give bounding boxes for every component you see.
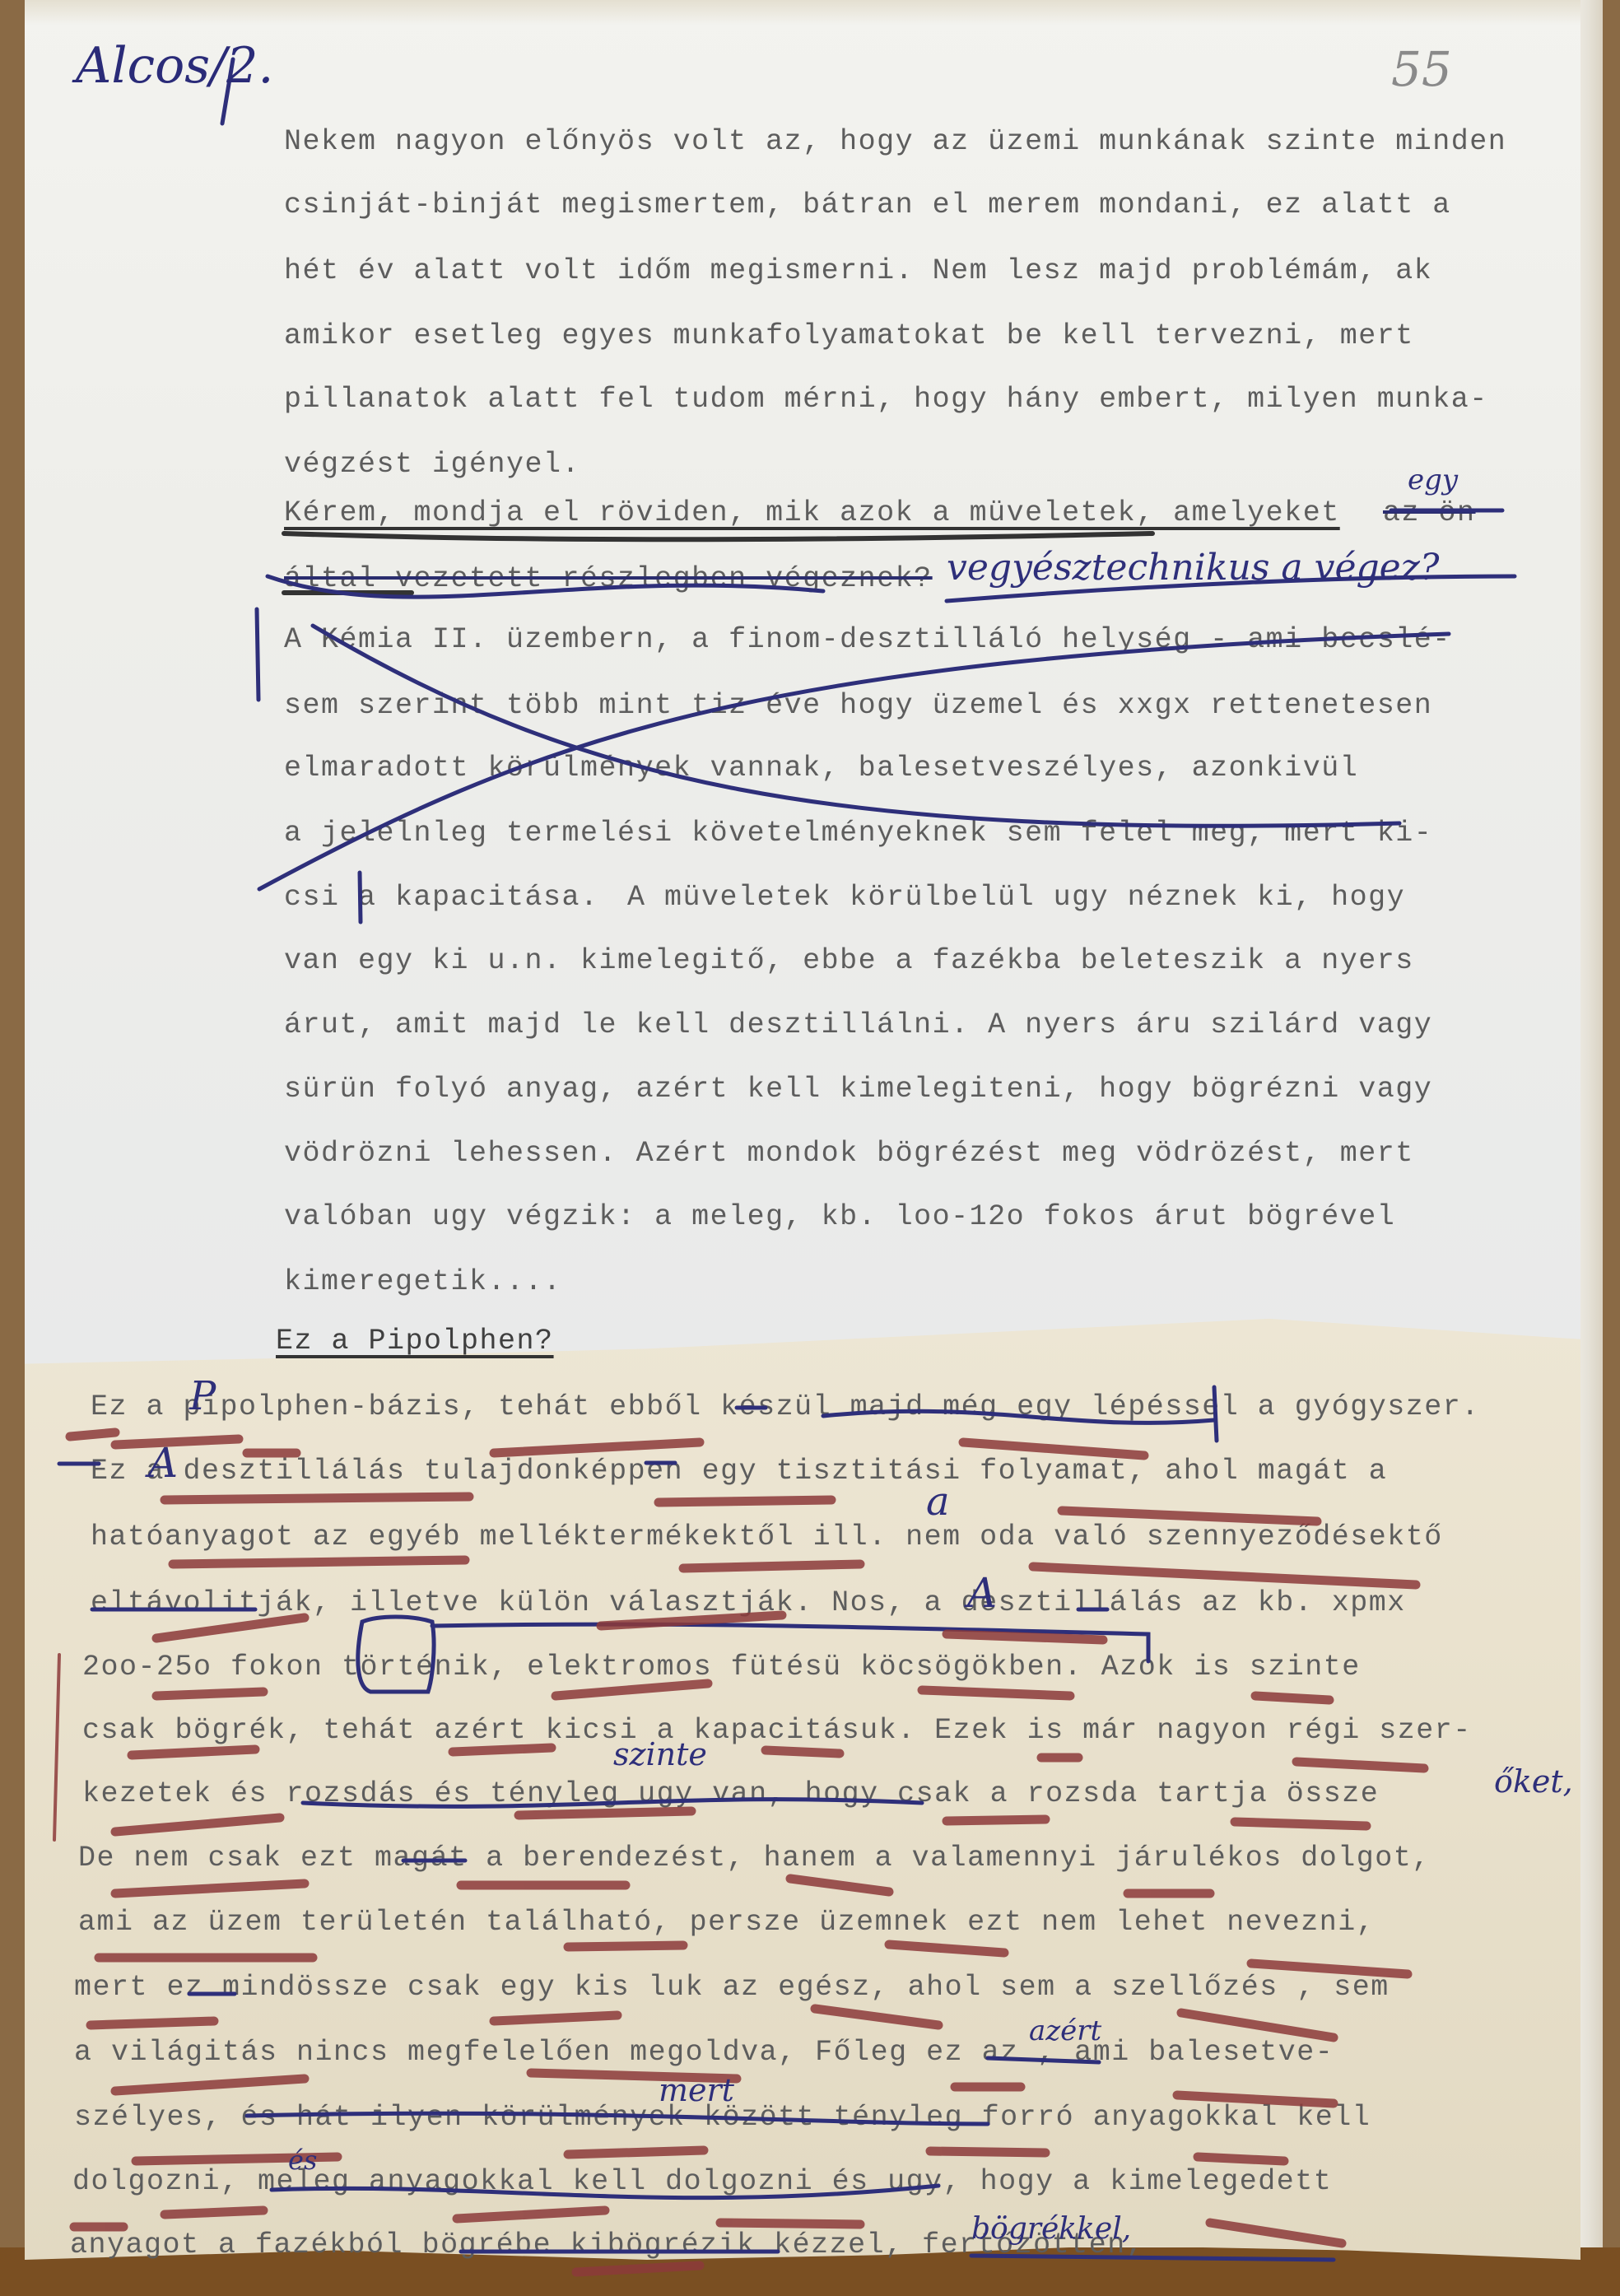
typed-line: a jelelnleg termelési követelményeknek s… <box>284 819 1432 848</box>
typed-line: a világitás nincs megfelelően megoldva, … <box>74 2038 1334 2067</box>
typed-line: hét év alatt volt időm megismerni. Nem l… <box>284 257 1432 286</box>
question-line: Kérem, mondja el röviden, mik azok a müv… <box>284 499 1340 528</box>
typed-line: sem szerint több mint tiz éve hogy üzeme… <box>284 692 1432 720</box>
typed-line: ami az üzem területén található, persze … <box>78 1908 1375 1937</box>
question-2: Ez a Pipolphen? <box>276 1327 554 1356</box>
typed-line: kezetek és rozsdás és tényleg ugy van, h… <box>82 1780 1379 1809</box>
typed-line: dolgozni, meleg anyagokkal kell dolgozni… <box>72 2168 1332 2196</box>
handwritten-insert: P <box>189 1376 216 1416</box>
typed-line: valóban ugy végzik: a meleg, kb. loo-12o… <box>284 1203 1395 1232</box>
handwritten-insert: és <box>288 2147 317 2173</box>
torn-top-edge <box>25 0 1580 25</box>
handwritten-insert: bögrékkel, <box>971 2214 1131 2244</box>
handwritten-insert: A <box>967 1572 997 1614</box>
typed-line: vödrözni lehessen. Azért mondok bögrézés… <box>284 1139 1414 1168</box>
typed-line: sürün folyó anyag, azért kell kimelegite… <box>284 1075 1432 1104</box>
typed-line: kimeregetik.... <box>284 1268 562 1297</box>
typed-line: 2oo-25o fokon történik, elektromos fütés… <box>82 1653 1361 1682</box>
page-number: 55 <box>1391 45 1452 93</box>
typed-line: pillanatok alatt fel tudom mérni, hogy h… <box>284 385 1488 414</box>
typed-line: A müveletek körülbelül ugy néznek ki, ho… <box>627 883 1405 912</box>
handwritten-insert: őket, <box>1494 1766 1573 1797</box>
typed-line: mert ez mindössze csak egy kis luk az eg… <box>74 1973 1390 2002</box>
handwritten-insert: azért <box>1029 2017 1101 2045</box>
struck-question-line: által vezetett részlegben végeznek? <box>284 565 933 594</box>
typed-line: Ez a pipolphen-bázis, tehát ebből készül… <box>91 1393 1480 1422</box>
handwritten-insert: mert <box>659 2075 734 2106</box>
typed-line: csak bögrék, tehát azért kicsi a kapacit… <box>82 1716 1472 1745</box>
typed-line: csi a kapacitása. <box>284 883 599 912</box>
typed-line: csinját-binját megismertem, bátran el me… <box>284 191 1451 220</box>
handwritten-insert: A <box>148 1442 178 1483</box>
typed-line: van egy ki u.n. kimelegitő, ebbe a fazék… <box>284 947 1414 976</box>
handwritten-insert: vegyésztechnikus a végez? <box>947 550 1440 586</box>
struck-words: az ön <box>1383 499 1476 528</box>
typed-line: eltávolitják, illetve külön választják. … <box>91 1589 1406 1618</box>
typed-line: végzést igényel. <box>284 450 580 479</box>
typed-line: Ez a desztillálás tulajdonképpen egy tis… <box>91 1457 1387 1486</box>
typed-line: Nekem nagyon előnyös volt az, hogy az üz… <box>284 128 1506 156</box>
typed-line: A Kémia II. üzembern, a finom-desztillál… <box>284 626 1451 654</box>
typed-line: De nem csak ezt magát a berendezést, han… <box>78 1844 1431 1873</box>
handwritten-header-note: Alcos/2. <box>76 41 274 91</box>
typed-line: árut, amit majd le kell desztillálni. A … <box>284 1011 1432 1040</box>
typed-line: amikor esetleg egyes munkafolyamatokat b… <box>284 322 1414 351</box>
handwritten-insert: szinte <box>613 1739 707 1770</box>
handwritten-insert: a <box>926 1482 950 1521</box>
typed-line: hatóanyagot az egyéb melléktermékektől i… <box>91 1523 1443 1552</box>
handwritten-insert: egy <box>1408 466 1458 494</box>
typed-line: elmaradott körülmények vannak, balesetve… <box>284 754 1358 783</box>
